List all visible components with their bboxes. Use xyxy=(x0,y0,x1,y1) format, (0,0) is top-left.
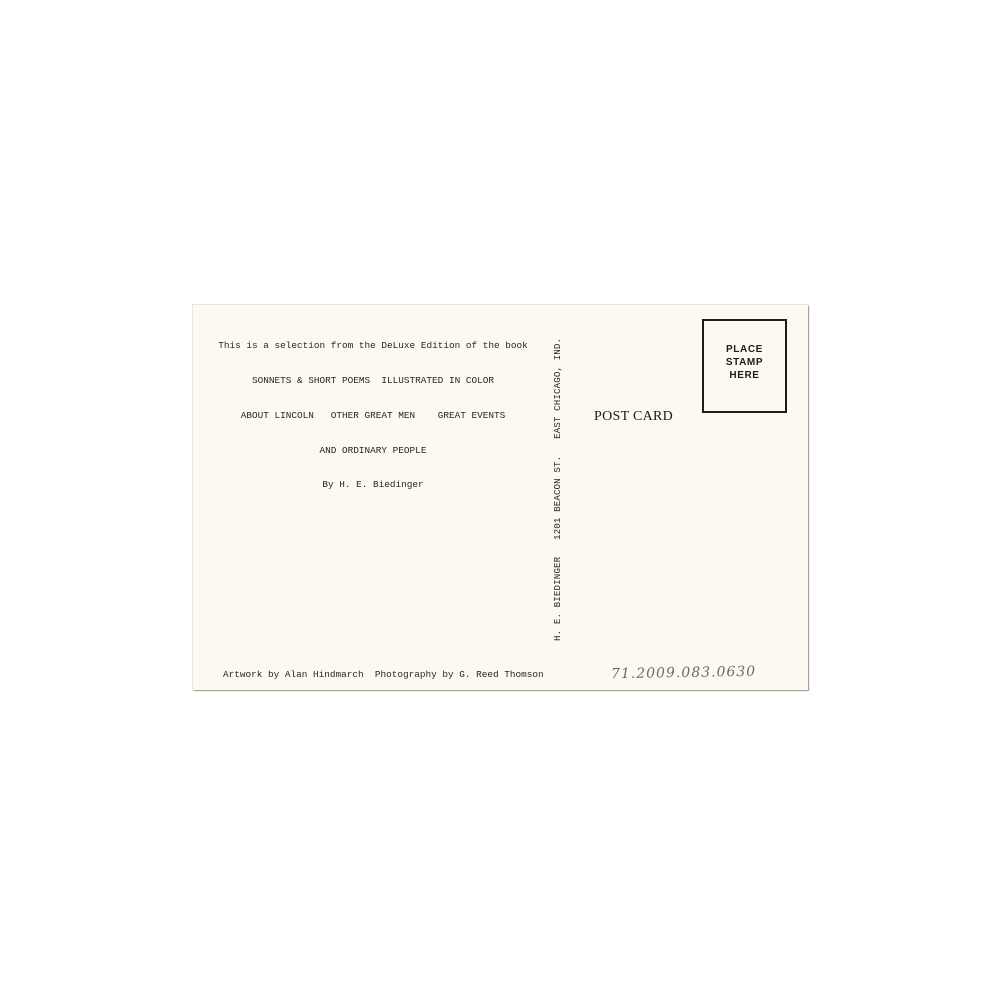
stamp-instruction: PLACE STAMP HERE xyxy=(726,343,763,382)
stamp-box: PLACE STAMP HERE xyxy=(702,319,787,413)
description-line: AND ORDINARY PEOPLE xyxy=(215,445,531,457)
description-line: ABOUT LINCOLN OTHER GREAT MEN GREAT EVEN… xyxy=(215,410,531,422)
description-line: SONNETS & SHORT POEMS ILLUSTRATED IN COL… xyxy=(215,375,531,387)
author-line: By H. E. Biedinger xyxy=(215,479,531,491)
book-description: This is a selection from the DeLuxe Edit… xyxy=(215,317,531,514)
credits: Artwork by Alan Hindmarch Photography by… xyxy=(223,669,544,680)
accession-number: 71.2009.083.0630 xyxy=(611,664,756,683)
stamp-line: STAMP xyxy=(726,356,763,369)
publisher-address: H. E. BIEDINGER 1201 BEACON ST. EAST CHI… xyxy=(552,338,563,641)
stamp-line: HERE xyxy=(726,369,763,382)
postcard-back: This is a selection from the DeLuxe Edit… xyxy=(193,305,808,690)
description-line: This is a selection from the DeLuxe Edit… xyxy=(215,340,531,352)
stamp-line: PLACE xyxy=(726,343,763,356)
post-card-label: POST CARD xyxy=(594,409,673,425)
